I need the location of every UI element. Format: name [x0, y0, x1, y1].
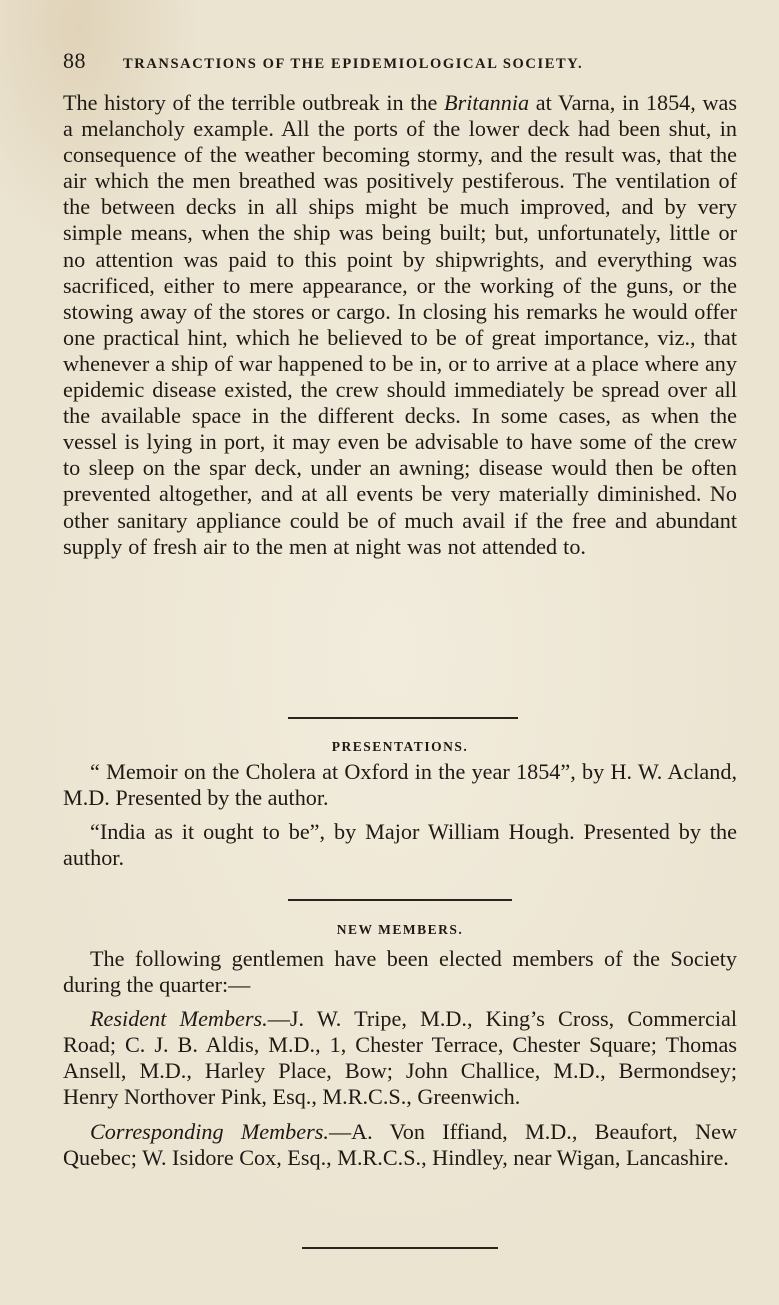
resident-members-entry: Resident Members.—J. W. Tripe, M.D., Kin…: [63, 1006, 737, 1110]
corresponding-members-label: Corresponding Members.: [90, 1119, 329, 1144]
paragraph-intro: The history of the terrible outbreak in …: [63, 90, 444, 115]
ship-name: Britannia: [444, 90, 529, 115]
new-members-intro: The following gentlemen have been electe…: [63, 946, 737, 998]
section-heading-new-members: NEW MEMBERS.: [63, 922, 737, 938]
section-divider: [288, 717, 518, 719]
section-heading-presentations: PRESENTATIONS.: [63, 739, 737, 755]
presentations-section: PRESENTATIONS. “ Memoir on the Cholera a…: [63, 739, 737, 871]
body-paragraph: The history of the terrible outbreak in …: [63, 90, 737, 560]
page-number: 88: [63, 48, 123, 74]
corresponding-members-entry: Corresponding Members.—A. Von Iffiand, M…: [63, 1119, 737, 1171]
book-page: 88 TRANSACTIONS OF THE EPIDEMIOLOGICAL S…: [63, 48, 737, 560]
resident-members-label: Resident Members.: [90, 1006, 268, 1031]
presentation-item: “ Memoir on the Cholera at Oxford in the…: [63, 759, 737, 811]
presentation-item: “India as it ought to be”, by Major Will…: [63, 819, 737, 871]
new-members-section: NEW MEMBERS. The following gentlemen hav…: [63, 922, 737, 1171]
running-header: 88 TRANSACTIONS OF THE EPIDEMIOLOGICAL S…: [63, 48, 737, 82]
running-title: TRANSACTIONS OF THE EPIDEMIOLOGICAL SOCI…: [123, 56, 583, 73]
paragraph-rest: at Varna, in 1854, was a melancholy exam…: [63, 90, 737, 559]
section-divider: [288, 899, 512, 901]
closing-divider: [302, 1247, 498, 1249]
